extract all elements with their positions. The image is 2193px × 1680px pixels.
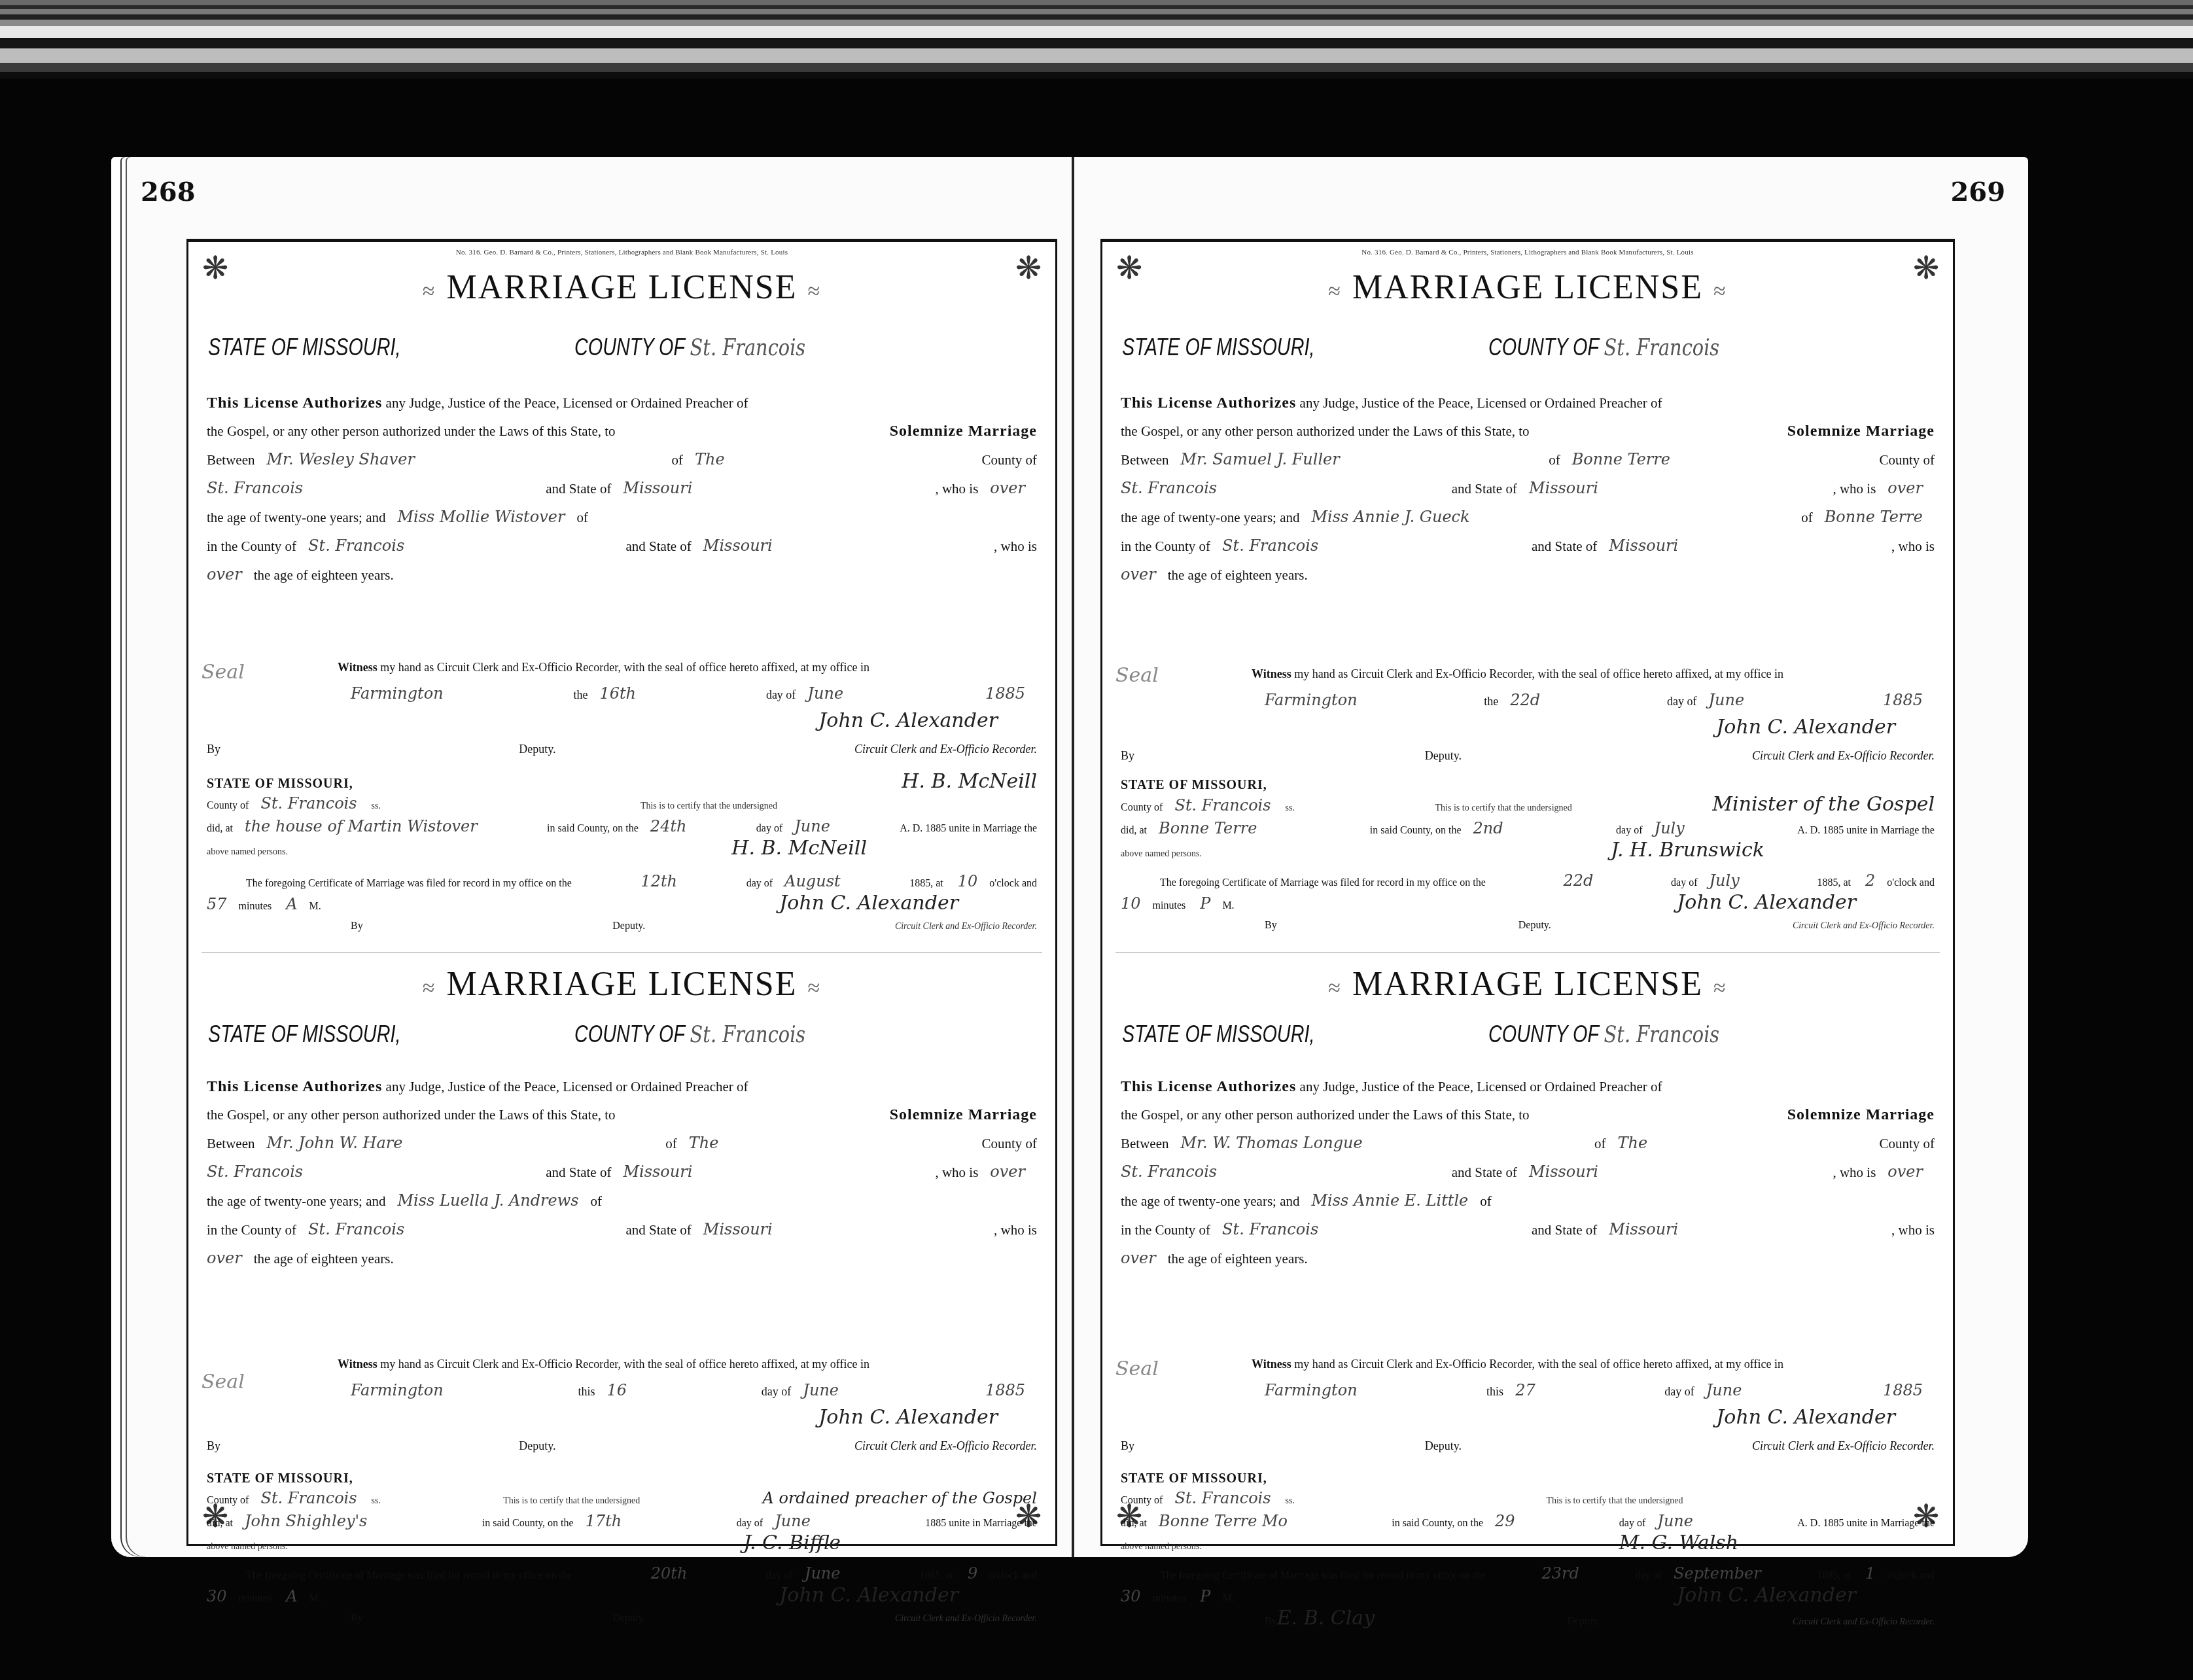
witness-block: Witness my hand as Circuit Clerk and Ex-…: [207, 654, 1037, 762]
county-value: St. Francois: [1604, 334, 1720, 361]
witness-year: 1885: [974, 1377, 1037, 1403]
officiant-signature: H. B. McNeill: [731, 839, 1037, 858]
filed-ampm: P: [1188, 1587, 1222, 1605]
filed-minutes: 57: [207, 895, 239, 913]
filed-hour: 1: [1853, 1564, 1887, 1583]
marriage-certificate: STATE OF MISSOURI,H. B. McNeill County o…: [207, 772, 1037, 937]
bride-state: Missouri: [692, 1220, 784, 1238]
witness-day: 27: [1503, 1381, 1547, 1399]
cert-day: 24th: [639, 817, 699, 835]
filed-day: 12th: [629, 871, 689, 891]
cert-month: June: [782, 817, 842, 835]
cert-place: Bonne Terre: [1147, 819, 1269, 837]
witness-day: 22d: [1498, 691, 1552, 709]
license-record-4: ≈MARRIAGE LICENSE≈ STATE OF MISSOURI, CO…: [1102, 952, 1953, 1541]
clerk-signature: John C. Alexander: [1716, 1406, 1895, 1429]
officiant-title-signature: A ordained preacher of the Gospel: [762, 1488, 1037, 1508]
county-heading: COUNTY OF St. Francois: [574, 334, 805, 361]
filed-minutes: 30: [1121, 1587, 1153, 1605]
cert-month: July: [1643, 819, 1696, 837]
cert-county: St. Francois: [1163, 796, 1282, 814]
microfilm-header-strip: [0, 0, 2193, 79]
cert-county: St. Francois: [249, 1489, 368, 1507]
groom-county: St. Francois: [207, 474, 315, 502]
bride-name: Miss Mollie Wistover: [385, 508, 576, 526]
swash-right-icon: ≈: [808, 976, 822, 1000]
swash-right-icon: ≈: [808, 279, 822, 304]
swash-right-icon: ≈: [1713, 976, 1727, 1000]
clerk-signature: John C. Alexander: [818, 709, 998, 732]
witness-year: 1885: [1871, 1377, 1935, 1403]
filed-minutes: 30: [207, 1587, 239, 1605]
groom-state: Missouri: [1517, 479, 1610, 497]
officiant-signature: J. H. Brunswick: [1611, 841, 1935, 860]
filed-ampm: A: [274, 1587, 309, 1605]
groom-residence: The: [1605, 1134, 1659, 1152]
groom-state: Missouri: [611, 1163, 704, 1181]
bride-county: St. Francois: [296, 536, 416, 555]
cert-county: St. Francois: [249, 794, 368, 813]
groom-residence: The: [683, 450, 737, 468]
license-title: ≈MARRIAGE LICENSE≈: [188, 965, 1055, 1004]
witness-place: Farmington: [1121, 687, 1369, 713]
groom-county: St. Francois: [1121, 1158, 1229, 1186]
cert-county: St. Francois: [1163, 1489, 1282, 1507]
clerk-signature: John C. Alexander: [1716, 716, 1895, 739]
county-value: St. Francois: [690, 1021, 806, 1048]
witness-month: June: [1696, 691, 1756, 709]
filed-minutes: 10: [1121, 894, 1153, 913]
witness-day: 16: [595, 1381, 639, 1399]
groom-name: Mr. Samuel J. Fuller: [1168, 450, 1351, 468]
filed-hour: 9: [956, 1564, 989, 1583]
license-frame-right: No. 316. Geo. D. Barnard & Co., Printers…: [1100, 239, 1955, 1546]
filed-ampm: P: [1188, 894, 1222, 913]
groom-age: over: [1876, 479, 1935, 497]
cert-day: 29: [1483, 1512, 1527, 1530]
cert-place: John Shighley's: [233, 1512, 379, 1530]
witness-block: Witness my hand as Circuit Clerk and Ex-…: [207, 1351, 1037, 1459]
license-body: This License Authorizes any Judge, Justi…: [207, 1073, 1037, 1273]
filed-day: 22d: [1551, 871, 1605, 890]
witness-place: Farmington: [207, 680, 455, 707]
state-heading: STATE OF MISSOURI,: [1122, 334, 1314, 361]
groom-name: Mr. John W. Hare: [254, 1134, 414, 1152]
filed-clerk-signature: John C. Alexander: [779, 1586, 1037, 1605]
filed-month: July: [1697, 871, 1751, 890]
witness-year: 1885: [1871, 687, 1935, 713]
witness-year: 1885: [974, 680, 1037, 707]
filed-day: 20th: [639, 1564, 699, 1583]
filed-hour: 10: [946, 872, 990, 890]
cert-month: June: [763, 1512, 822, 1530]
license-title: ≈MARRIAGE LICENSE≈: [1102, 965, 1953, 1004]
officiant-signature: M. G. Walsh: [1619, 1533, 1935, 1553]
license-body: This License Authorizes any Judge, Justi…: [1121, 1073, 1935, 1273]
open-register-book: 268 No. 316. Geo. D. Barnard & Co., Prin…: [111, 157, 2028, 1557]
license-title: ≈MARRIAGE LICENSE≈: [188, 268, 1055, 307]
swash-left-icon: ≈: [423, 976, 436, 1000]
witness-block: Witness my hand as Circuit Clerk and Ex-…: [1121, 1351, 1935, 1459]
bride-county: St. Francois: [1210, 536, 1330, 555]
swash-left-icon: ≈: [423, 279, 436, 304]
bride-age: over: [1121, 565, 1168, 584]
county-heading: COUNTY OF St. Francois: [1488, 334, 1719, 361]
bride-county: St. Francois: [296, 1220, 416, 1238]
groom-residence: Bonne Terre: [1560, 450, 1682, 468]
filed-day: 23rd: [1530, 1564, 1591, 1583]
filed-clerk-signature: John C. Alexander: [1677, 1586, 1935, 1605]
groom-county: St. Francois: [207, 1158, 315, 1186]
groom-name: Mr. Wesley Shaver: [254, 450, 426, 468]
county-value: St. Francois: [690, 334, 806, 361]
filed-hour: 2: [1853, 871, 1887, 890]
county-heading: COUNTY OF St. Francois: [1488, 1021, 1719, 1048]
state-heading: STATE OF MISSOURI,: [208, 334, 400, 361]
cert-place: the house of Martin Wistover: [233, 817, 489, 835]
filed-month: September: [1662, 1564, 1773, 1583]
cert-day: 17th: [574, 1512, 634, 1530]
groom-state: Missouri: [1517, 1163, 1610, 1181]
officiant-title-signature: H. B. McNeill: [902, 772, 1037, 792]
witness-day: 16th: [588, 684, 648, 703]
license-frame-left: No. 316. Geo. D. Barnard & Co., Printers…: [186, 239, 1057, 1546]
page-number-left: 268: [141, 177, 196, 207]
witness-month: June: [791, 1381, 851, 1399]
swash-left-icon: ≈: [1328, 279, 1342, 304]
bride-age: over: [1121, 1249, 1168, 1267]
groom-county: St. Francois: [1121, 474, 1229, 502]
bride-residence: Bonne Terre: [1813, 508, 1935, 526]
groom-name: Mr. W. Thomas Longue: [1168, 1134, 1374, 1152]
witness-month: June: [796, 684, 855, 703]
bride-state: Missouri: [692, 536, 784, 555]
bride-age: over: [207, 1249, 254, 1267]
swash-right-icon: ≈: [1713, 279, 1727, 304]
filed-clerk-signature: John C. Alexander: [1677, 893, 1935, 913]
marriage-certificate: STATE OF MISSOURI, County ofSt. Francois…: [1121, 1469, 1935, 1632]
county-heading: COUNTY OF St. Francois: [574, 1021, 805, 1048]
bride-name: Miss Annie E. Little: [1299, 1191, 1480, 1210]
county-value: St. Francois: [1604, 1021, 1720, 1048]
witness-month: June: [1694, 1381, 1754, 1399]
filed-month: August: [773, 872, 852, 890]
state-heading: STATE OF MISSOURI,: [208, 1021, 400, 1048]
bride-name: Miss Annie J. Gueck: [1299, 508, 1481, 526]
page-number-right: 269: [1951, 177, 2006, 207]
cert-day: 2nd: [1462, 819, 1515, 837]
state-heading: STATE OF MISSOURI,: [1122, 1021, 1314, 1048]
license-body: This License Authorizes any Judge, Justi…: [207, 389, 1037, 589]
cert-place: Bonne Terre Mo: [1147, 1512, 1299, 1530]
filed-month: June: [793, 1564, 852, 1583]
marriage-certificate: STATE OF MISSOURI, County ofSt. Francois…: [207, 1469, 1037, 1629]
license-record-3: ≈MARRIAGE LICENSE≈ STATE OF MISSOURI, CO…: [1102, 242, 1953, 831]
marriage-certificate: STATE OF MISSOURI, County ofSt. Francois…: [1121, 775, 1935, 936]
officiant-signature: J. C. Biffle: [743, 1533, 1037, 1553]
witness-place: Farmington: [1121, 1377, 1369, 1403]
witness-block: Witness my hand as Circuit Clerk and Ex-…: [1121, 661, 1935, 769]
license-title: ≈MARRIAGE LICENSE≈: [1102, 268, 1953, 307]
bride-state: Missouri: [1597, 1220, 1690, 1238]
bride-name: Miss Luella J. Andrews: [385, 1191, 590, 1210]
groom-age: over: [1876, 1163, 1935, 1181]
cert-month: June: [1645, 1512, 1705, 1530]
groom-residence: The: [677, 1134, 731, 1152]
bride-state: Missouri: [1597, 536, 1690, 555]
left-page: 268 No. 316. Geo. D. Barnard & Co., Prin…: [111, 157, 1073, 1557]
license-body: This License Authorizes any Judge, Justi…: [1121, 389, 1935, 589]
officiant-title-signature: Minister of the Gospel: [1712, 795, 1935, 814]
filed-deputy-signature: E. B. Clay: [1277, 1607, 1375, 1630]
license-record-1: ≈MARRIAGE LICENSE≈ STATE OF MISSOURI, CO…: [188, 242, 1055, 831]
groom-state: Missouri: [611, 479, 704, 497]
witness-place: Farmington: [207, 1377, 455, 1403]
filed-ampm: A: [274, 895, 309, 913]
groom-age: over: [978, 479, 1037, 497]
bride-county: St. Francois: [1210, 1220, 1330, 1238]
swash-left-icon: ≈: [1328, 976, 1342, 1000]
clerk-signature: John C. Alexander: [818, 1406, 998, 1429]
filed-clerk-signature: John C. Alexander: [779, 894, 1037, 913]
license-record-2: ≈MARRIAGE LICENSE≈ STATE OF MISSOURI, CO…: [188, 952, 1055, 1541]
bride-age: over: [207, 565, 254, 584]
right-page: 269 No. 316. Geo. D. Barnard & Co., Prin…: [1074, 157, 2028, 1557]
groom-age: over: [978, 1163, 1037, 1181]
